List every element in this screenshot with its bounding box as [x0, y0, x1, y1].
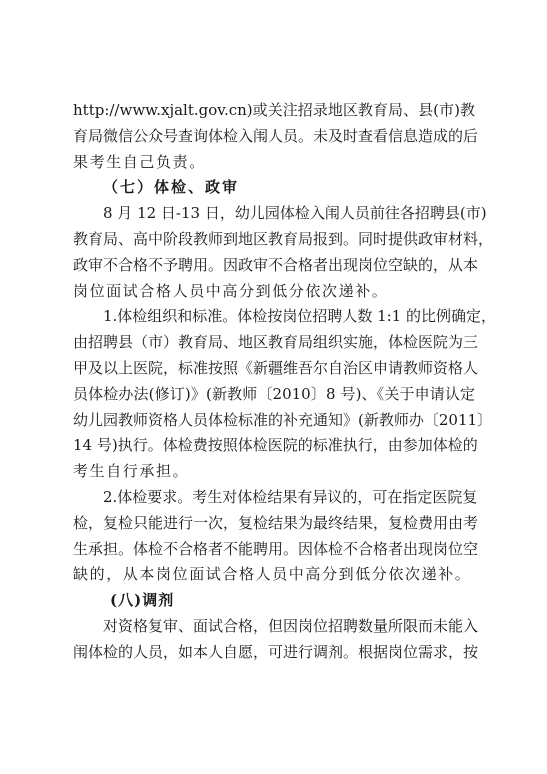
text-line: 对资格复审、面试合格，但因岗位招聘数量所限而未能入	[73, 614, 475, 640]
text-line: 教育局、高中阶段教师到地区教育局报到。同时提供政审材料，	[73, 227, 475, 253]
text-line: 政审不合格不予聘用。因政审不合格者出现岗位空缺的，从本	[73, 253, 475, 279]
text-line: 2.体检要求。考生对体检结果有异议的，可在指定医院复	[73, 485, 475, 511]
text-line: 育局微信公众号查询体检入闱人员。未及时查看信息造成的后	[73, 124, 475, 150]
text-line: 生承担。体检不合格者不能聘用。因体检不合格者出现岗位空	[73, 537, 475, 563]
text-line: 1.体检组织和标准。体检按岗位招聘人数 1:1 的比例确定，	[73, 304, 475, 330]
text-line: 由招聘县（市）教育局、地区教育局组织实施，体检医院为三	[73, 330, 475, 356]
document-page: http://www.xjalt.gov.cn)或关注招录地区教育局、县(市)教…	[73, 98, 475, 666]
text-line: 甲及以上医院，标准按照《新疆维吾尔自治区申请教师资格人	[73, 356, 475, 382]
text-line: 员体检办法(修订)》(新教师〔2010〕8 号)、《关于申请认定	[73, 382, 475, 408]
text-line: 检，复检只能进行一次，复检结果为最终结果，复检费用由考	[73, 511, 475, 537]
section-heading-7: （七）体检、政审	[73, 175, 475, 201]
section-heading-8: (八)调剂	[73, 588, 475, 614]
text-line: 缺的，从本岗位面试合格人员中高分到低分依次递补。	[73, 562, 475, 588]
text-line: 岗位面试合格人员中高分到低分依次递补。	[73, 279, 475, 305]
text-line: http://www.xjalt.gov.cn)或关注招录地区教育局、县(市)教	[73, 98, 475, 124]
text-line: 幼儿园教师资格人员体检标准的补充通知》(新教师办〔2011〕	[73, 408, 475, 434]
text-line: 果考生自己负责。	[73, 150, 475, 176]
text-line: 考生自行承担。	[73, 459, 475, 485]
text-line: 8 月 12 日-13 日，幼儿园体检入闱人员前往各招聘县(市)	[73, 201, 475, 227]
text-line: 14 号)执行。体检费按照体检医院的标准执行，由参加体检的	[73, 433, 475, 459]
text-line: 闱体检的人员，如本人自愿，可进行调剂。根据岗位需求，按	[73, 640, 475, 666]
